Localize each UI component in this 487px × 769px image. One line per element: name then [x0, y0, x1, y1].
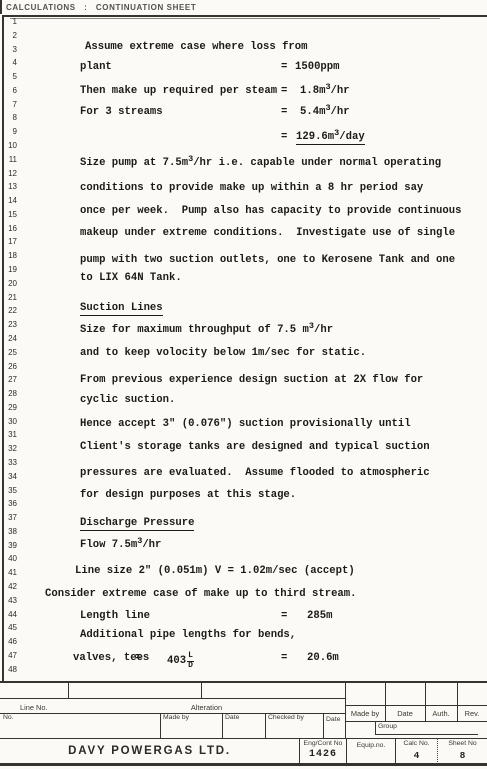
typed-text-segment: makeup under extreme conditions. Investi…	[80, 227, 455, 239]
typed-text-segment: cyclic suction.	[80, 394, 175, 406]
typed-text-segment: to LIX 64N Tank.	[80, 272, 182, 284]
rule	[345, 705, 487, 706]
typed-text-segment: Client's storage tanks are designed and …	[80, 441, 430, 453]
equip-no-label: Equip.no.	[347, 742, 395, 749]
typed-text-segment: and to keep volocity below 1m/sec for st…	[80, 347, 366, 359]
rule	[222, 713, 223, 738]
line-number: 6	[0, 86, 17, 95]
calc-no-label: Calc No.	[396, 740, 437, 747]
fraction: LD	[187, 652, 194, 671]
page-title: CALCULATIONS : CONTINUATION SHEET	[6, 3, 196, 12]
company-name: DAVY POWERGAS LTD.	[0, 745, 299, 757]
typed-text-segment: =	[281, 610, 287, 622]
rule	[201, 681, 202, 698]
typed-text-segment: =	[135, 652, 141, 664]
typed-text-segment: Consider extreme case of make up to thir…	[45, 588, 357, 600]
line-number: 19	[0, 265, 17, 274]
rule	[0, 681, 487, 683]
line-number: 10	[0, 141, 17, 150]
typed-text-segment: 1500ppm	[295, 61, 340, 73]
typed-text-segment: =	[281, 131, 287, 143]
rule	[160, 713, 161, 738]
rule	[323, 713, 324, 738]
eng-cont-value: 1426	[300, 749, 346, 760]
typed-text-segment: plant	[80, 61, 112, 73]
typed-text-segment: 403LD	[167, 652, 194, 671]
line-number: 2	[0, 31, 17, 40]
line-number: 30	[0, 417, 17, 426]
line-number: 5	[0, 72, 17, 81]
line-number: 39	[0, 541, 17, 550]
typed-text-segment: For 3 streams	[80, 106, 163, 118]
line-number: 21	[0, 293, 17, 302]
group-label: Group	[378, 723, 397, 730]
rev-label: Rev.	[457, 709, 487, 718]
line-number: 36	[0, 499, 17, 508]
typed-text-segment: Size for maximum throughput of 7.5 m3/hr	[80, 324, 333, 336]
typed-text-segment: conditions to provide make up within a 8…	[80, 182, 423, 194]
rule	[345, 721, 487, 722]
typed-text-segment: pump with two suction outlets, one to Ke…	[80, 254, 455, 266]
line-number: 23	[0, 320, 17, 329]
line-number: 4	[0, 58, 17, 67]
line-number: 38	[0, 527, 17, 536]
checked-by-label: Checked by	[268, 714, 304, 721]
line-number: 13	[0, 182, 17, 191]
line-number: 12	[0, 169, 17, 178]
line-number: 20	[0, 279, 17, 288]
typed-text-segment: Suction Lines	[80, 302, 163, 316]
line-no-label: Line No.	[20, 703, 48, 712]
calculation-sheet: CALCULATIONS : CONTINUATION SHEET 123456…	[0, 0, 487, 769]
sheet-no-value: 8	[438, 750, 487, 761]
line-number: 33	[0, 458, 17, 467]
made-by-label-right: Made by	[345, 709, 385, 718]
line-number: 35	[0, 486, 17, 495]
typed-text-segment: 1.8m3/hr	[300, 85, 350, 97]
typed-text-segment: Hence accept 3" (0.076") suction provisi…	[80, 418, 411, 430]
typed-text-segment: Additional pipe lengths for bends,	[80, 629, 296, 641]
typed-text-segment: Assume extreme case where loss from	[85, 41, 308, 53]
typed-text-segment: Line size 2" (0.051m) V = 1.02m/sec (acc…	[75, 565, 355, 577]
made-by-label: Made by	[163, 714, 189, 721]
line-number: 1	[0, 17, 17, 26]
rule	[2, 15, 487, 17]
sheet-no-label: Sheet No	[438, 740, 487, 747]
line-number: 17	[0, 237, 17, 246]
line-number: 7	[0, 100, 17, 109]
line-number: 24	[0, 334, 17, 343]
line-number: 47	[0, 651, 17, 660]
line-number: 25	[0, 348, 17, 357]
typed-text-segment: for design purposes at this stage.	[80, 489, 296, 501]
no-label: No.	[3, 714, 14, 721]
line-number: 46	[0, 637, 17, 646]
line-number: 43	[0, 596, 17, 605]
line-number: 29	[0, 403, 17, 412]
typed-text-segment: pressures are evaluated. Assume flooded …	[80, 467, 430, 479]
auth-label: Auth.	[425, 709, 457, 718]
line-number: 14	[0, 196, 17, 205]
typed-text-segment: 5.4m3/hr	[300, 106, 350, 118]
typed-text-segment: Length line	[80, 610, 150, 622]
eng-cont-label: Eng/Cont No	[300, 740, 346, 747]
typed-text-segment: Size pump at 7.5m3/hr i.e. capable under…	[80, 157, 441, 169]
typed-text-segment: =	[281, 85, 287, 97]
line-number: 16	[0, 224, 17, 233]
line-number: 48	[0, 665, 17, 674]
rule	[0, 763, 487, 766]
line-number: 40	[0, 554, 17, 563]
rule	[68, 681, 69, 698]
rule	[375, 734, 478, 735]
line-number: 41	[0, 568, 17, 577]
calc-no-value: 4	[396, 750, 437, 761]
alteration-label: Alteration	[68, 703, 345, 712]
line-number: 31	[0, 430, 17, 439]
line-number: 9	[0, 127, 17, 136]
typed-text-segment: From previous experience design suction …	[80, 374, 423, 386]
rule	[0, 0, 2, 14]
rule	[265, 713, 266, 738]
date-label: Date	[225, 714, 239, 721]
line-number: 22	[0, 306, 17, 315]
typed-text-segment: 20.6m	[307, 652, 339, 664]
date2-label: Date	[326, 716, 340, 723]
line-number: 34	[0, 472, 17, 481]
typed-text-segment: Discharge Pressure	[80, 517, 194, 531]
line-number: 27	[0, 375, 17, 384]
typed-text-segment: Then make up required per steam	[80, 85, 277, 97]
rule	[0, 738, 487, 739]
line-number: 42	[0, 582, 17, 591]
line-number: 11	[0, 155, 17, 164]
typed-text-segment: Flow 7.5m3/hr	[80, 539, 161, 551]
line-number: 26	[0, 362, 17, 371]
rule	[375, 721, 376, 734]
line-number: 3	[0, 45, 17, 54]
line-number: 8	[0, 113, 17, 122]
line-number: 37	[0, 513, 17, 522]
line-number: 45	[0, 623, 17, 632]
line-number: 28	[0, 389, 17, 398]
line-number: 44	[0, 610, 17, 619]
typed-text-segment: =	[281, 652, 287, 664]
line-number: 15	[0, 210, 17, 219]
rule	[10, 18, 440, 19]
typed-text-segment: 129.6m3/day	[296, 131, 365, 145]
rule	[0, 698, 345, 699]
line-number: 18	[0, 251, 17, 260]
typed-text-segment: =	[281, 106, 287, 118]
typed-text-segment: =	[281, 61, 287, 73]
line-number: 32	[0, 444, 17, 453]
typed-text-segment: once per week. Pump also has capacity to…	[80, 205, 461, 217]
typed-text-segment: 285m	[307, 610, 332, 622]
date-label-right: Date	[385, 709, 425, 718]
